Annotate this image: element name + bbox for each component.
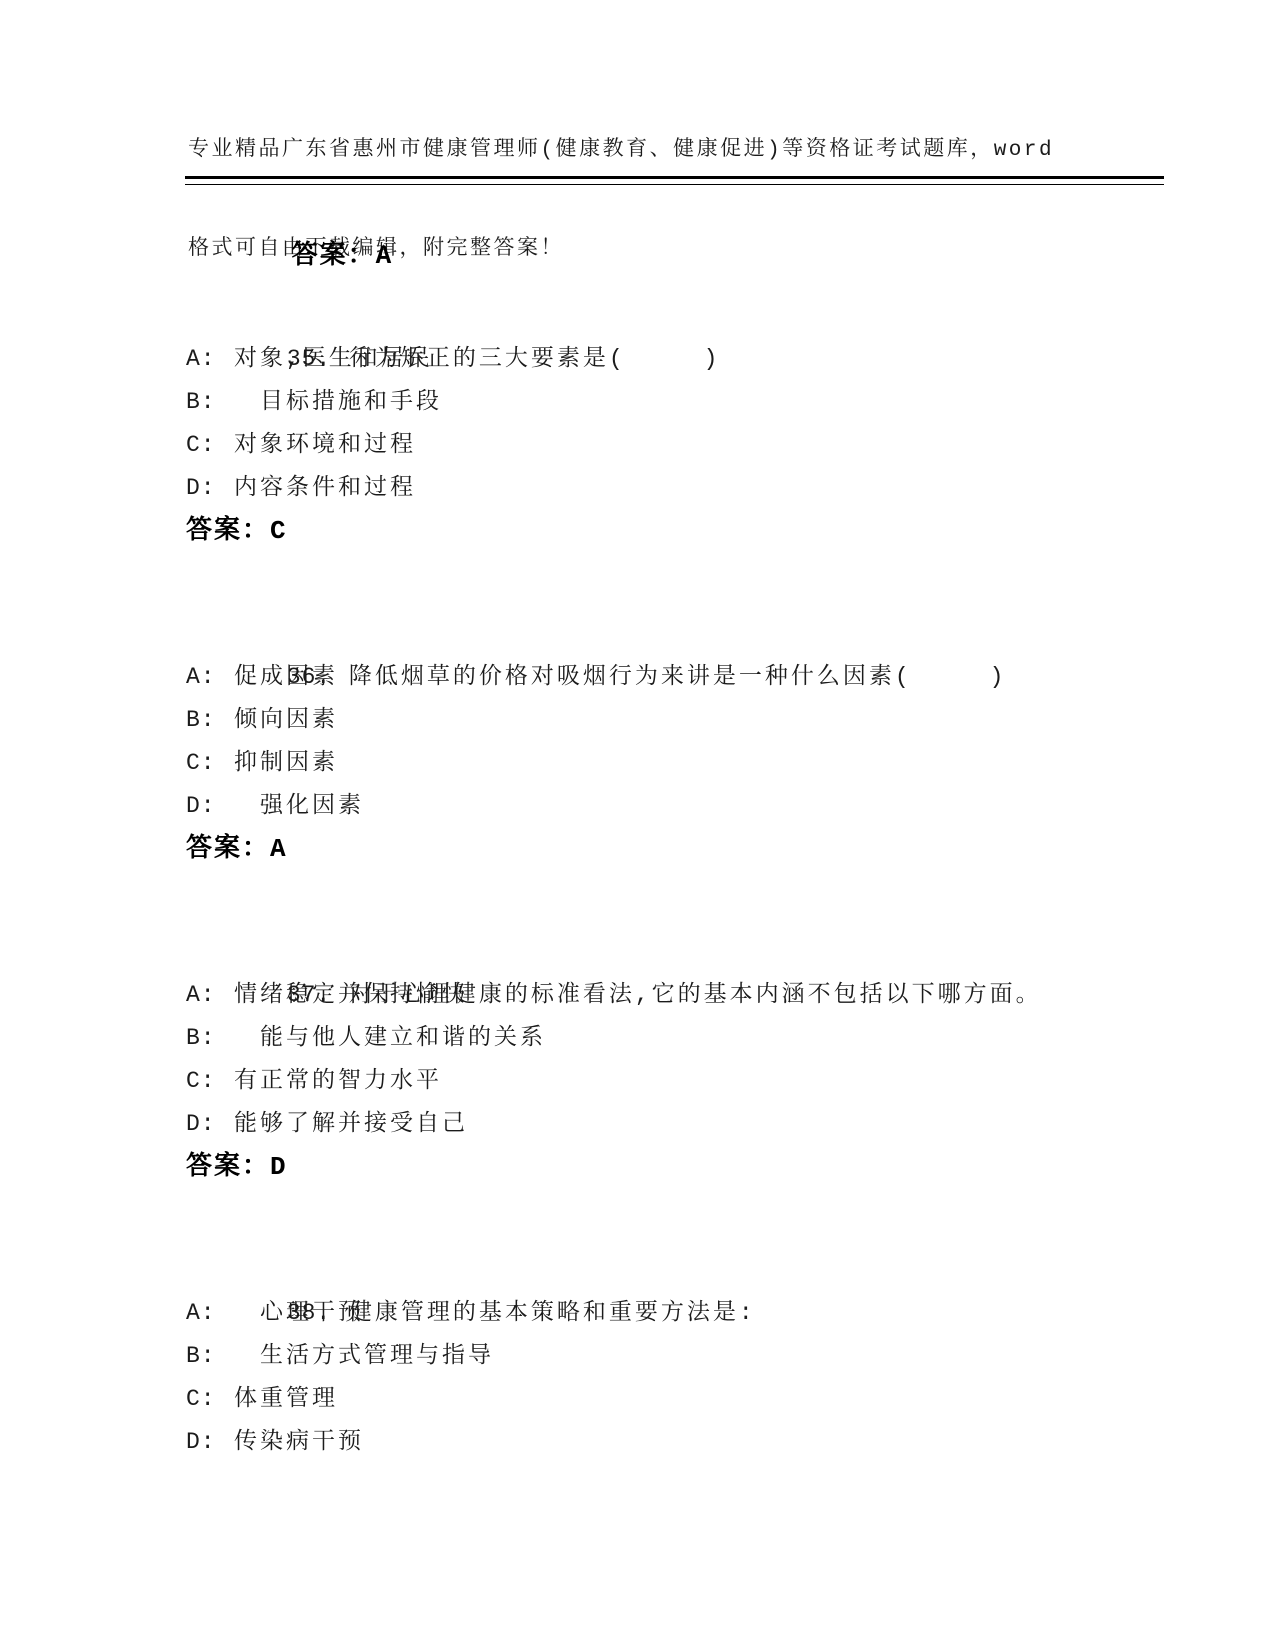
document-body: 答案：A 35.行为矫正的三大要素是( ) A:对象,医生和居民B: 目标措施和… — [186, 192, 1216, 1464]
option-line: C:对象环境和过程 — [186, 424, 1216, 467]
option-text: 传染病干预 — [234, 1429, 364, 1455]
option-line: C:抑制因素 — [186, 742, 1216, 785]
option-label: A: — [186, 338, 234, 381]
answer-value: C — [270, 516, 288, 546]
option-text: 目标措施和手段 — [234, 389, 442, 415]
answer-label: 答案： — [186, 516, 270, 546]
answer-line: 答案：A — [186, 828, 1216, 871]
option-text: 强化因素 — [234, 793, 364, 819]
answer-line: 答案：C — [186, 510, 1216, 553]
question-block: 36.降低烟草的价格对吸烟行为来讲是一种什么因素( ) A:促成因素B:倾向因素… — [186, 613, 1216, 871]
option-label: D: — [186, 1103, 234, 1146]
option-label: D: — [186, 1421, 234, 1464]
option-label: C: — [186, 1378, 234, 1421]
option-text: 体重管理 — [234, 1386, 338, 1412]
option-line: C:有正常的智力水平 — [186, 1060, 1216, 1103]
document-page: 专业精品广东省惠州市健康管理师(健康教育、健康促进)等资格证考试题库，word … — [0, 0, 1275, 1650]
option-text: 对象环境和过程 — [234, 432, 416, 458]
option-text: 抑制因素 — [234, 750, 338, 776]
question-list: 35.行为矫正的三大要素是( ) A:对象,医生和居民B: 目标措施和手段C:对… — [186, 295, 1216, 1464]
option-label: C: — [186, 424, 234, 467]
option-line: D:能够了解并接受自己 — [186, 1103, 1216, 1146]
option-label: C: — [186, 742, 234, 785]
option-text: 对象,医生和居民 — [234, 346, 433, 372]
option-line: C:体重管理 — [186, 1378, 1216, 1421]
answer-value: D — [270, 1152, 288, 1182]
option-line: D:传染病干预 — [186, 1421, 1216, 1464]
question-line: 38.健康管理的基本策略和重要方法是: — [186, 1249, 1216, 1292]
option-label: B: — [186, 1335, 234, 1378]
option-text: 心理干预 — [234, 1300, 364, 1326]
question-line: 35.行为矫正的三大要素是( ) — [186, 295, 1216, 338]
option-label: D: — [186, 785, 234, 828]
option-text: 能与他人建立和谐的关系 — [234, 1025, 546, 1051]
option-line: D:内容条件和过程 — [186, 467, 1216, 510]
option-label: B: — [186, 381, 234, 424]
question-text: 健康管理的基本策略和重要方法是: — [349, 1300, 756, 1326]
option-text: 能够了解并接受自己 — [234, 1111, 468, 1137]
option-label: B: — [186, 699, 234, 742]
option-line: B: 能与他人建立和谐的关系 — [186, 1017, 1216, 1060]
header-line-1: 专业精品广东省惠州市健康管理师(健康教育、健康促进)等资格证考试题库，word — [188, 134, 1148, 167]
option-text: 情绪稳定并保持愉快 — [234, 982, 468, 1008]
option-label: A: — [186, 656, 234, 699]
answer-value: A — [376, 241, 394, 271]
option-line: D: 强化因素 — [186, 785, 1216, 828]
question-line: 37.对于心理健康的标准看法,它的基本内涵不包括以下哪方面。 — [186, 931, 1216, 974]
option-text: 内容条件和过程 — [234, 475, 416, 501]
option-line: B:倾向因素 — [186, 699, 1216, 742]
option-line: B: 生活方式管理与指导 — [186, 1335, 1216, 1378]
option-text: 有正常的智力水平 — [234, 1068, 442, 1094]
option-label: C: — [186, 1060, 234, 1103]
answer-label: 答案： — [292, 241, 376, 271]
answer-label: 答案： — [186, 834, 270, 864]
question-line: 36.降低烟草的价格对吸烟行为来讲是一种什么因素( ) — [186, 613, 1216, 656]
question-block: 38.健康管理的基本策略和重要方法是: A: 心理干预B: 生活方式管理与指导C… — [186, 1249, 1216, 1464]
option-label: A: — [186, 974, 234, 1017]
question-block: 35.行为矫正的三大要素是( ) A:对象,医生和居民B: 目标措施和手段C:对… — [186, 295, 1216, 553]
option-text: 生活方式管理与指导 — [234, 1343, 494, 1369]
answer-value: A — [270, 834, 288, 864]
option-label: D: — [186, 467, 234, 510]
header-divider-rule — [185, 176, 1164, 185]
answer-label: 答案： — [186, 1152, 270, 1182]
option-label: A: — [186, 1292, 234, 1335]
option-text: 促成因素 — [234, 664, 338, 690]
answer-line: 答案：A — [186, 192, 1216, 235]
question-text: 降低烟草的价格对吸烟行为来讲是一种什么因素( ) — [349, 664, 1007, 690]
option-text: 倾向因素 — [234, 707, 338, 733]
answer-line: 答案：D — [186, 1146, 1216, 1189]
option-line: B: 目标措施和手段 — [186, 381, 1216, 424]
option-label: B: — [186, 1017, 234, 1060]
question-block: 37.对于心理健康的标准看法,它的基本内涵不包括以下哪方面。 A:情绪稳定并保持… — [186, 931, 1216, 1189]
